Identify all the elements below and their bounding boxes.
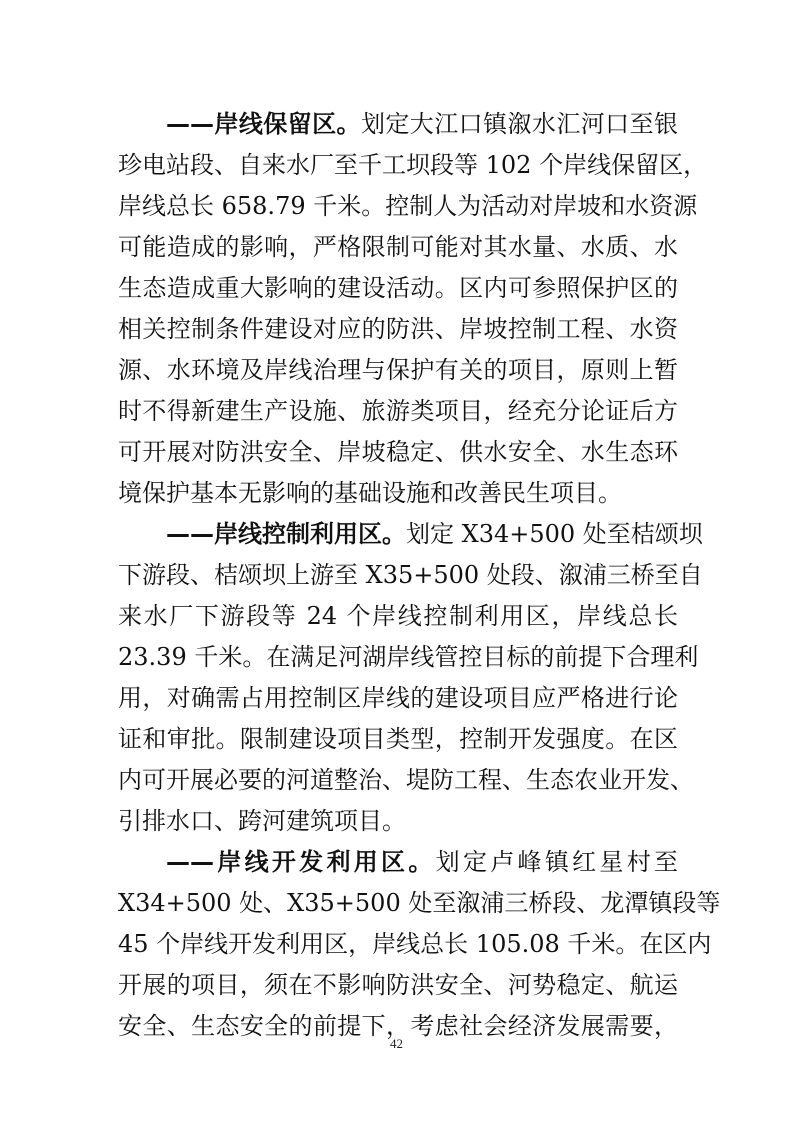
page-number: 42 [0, 1036, 793, 1052]
section-1-line-1: ——岸线保留区。划定大江口镇溆水汇河口至银 [166, 104, 678, 145]
section-1-line-4: 可能造成的影响，严格限制可能对其水量、水质、水 [118, 227, 678, 268]
section-2-line-2: 下游段、桔颂坝上游至 X35+500 处段、溆浦三桥至自 [118, 555, 678, 596]
section-1-line-9: 可开展对防洪安全、岸坡稳定、供水安全、水生态环 [118, 432, 678, 473]
section-2-line-1: ——岸线控制利用区。划定 X34+500 处至桔颂坝 [166, 514, 678, 555]
section-2-line-6: 证和审批。限制建设项目类型，控制开发强度。在区 [118, 719, 678, 760]
section-1-line-10: 境保护基本无影响的基础设施和改善民生项目。 [118, 473, 678, 514]
section-3-heading: ——岸线开发利用区。 [166, 848, 436, 876]
section-1-line-8: 时不得新建生产设施、旅游类项目，经充分论证后方 [118, 391, 678, 432]
section-3-line-3: 45 个岸线开发利用区，岸线总长 105.08 千米。在区内 [118, 924, 678, 965]
section-1-line-5: 生态造成重大影响的建设活动。区内可参照保护区的 [118, 268, 678, 309]
section-2-heading: ——岸线控制利用区。 [166, 520, 406, 548]
section-1-line-6: 相关控制条件建设对应的防洪、岸坡控制工程、水资 [118, 309, 678, 350]
section-2-line-7: 内可开展必要的河道整治、堤防工程、生态农业开发、 [118, 760, 678, 801]
section-2-line-5: 用，对确需占用控制区岸线的建设项目应严格进行论 [118, 678, 678, 719]
section-3-line-4: 开展的项目，须在不影响防洪安全、河势稳定、航运 [118, 965, 678, 1006]
section-1-line-3: 岸线总长 658.79 千米。控制人为活动对岸坡和水资源 [118, 186, 678, 227]
section-3-line-1: ——岸线开发利用区。划定卢峰镇红星村至 [166, 842, 678, 883]
section-1-heading: ——岸线保留区。 [166, 110, 361, 138]
section-2-line-8: 引排水口、跨河建筑项目。 [118, 801, 678, 842]
section-1-line-2: 珍电站段、自来水厂至千工坝段等 102 个岸线保留区， [118, 145, 678, 186]
document-page: ——岸线保留区。划定大江口镇溆水汇河口至银 珍电站段、自来水厂至千工坝段等 10… [0, 0, 793, 1122]
section-1-line-7: 源、水环境及岸线治理与保护有关的项目，原则上暂 [118, 350, 678, 391]
section-2-line-3: 来水厂下游段等 24 个岸线控制利用区，岸线总长 [118, 596, 678, 637]
section-3-line-2: X34+500 处、X35+500 处至溆浦三桥段、龙潭镇段等 [118, 883, 678, 924]
section-2-line-4: 23.39 千米。在满足河湖岸线管控目标的前提下合理利 [118, 637, 678, 678]
